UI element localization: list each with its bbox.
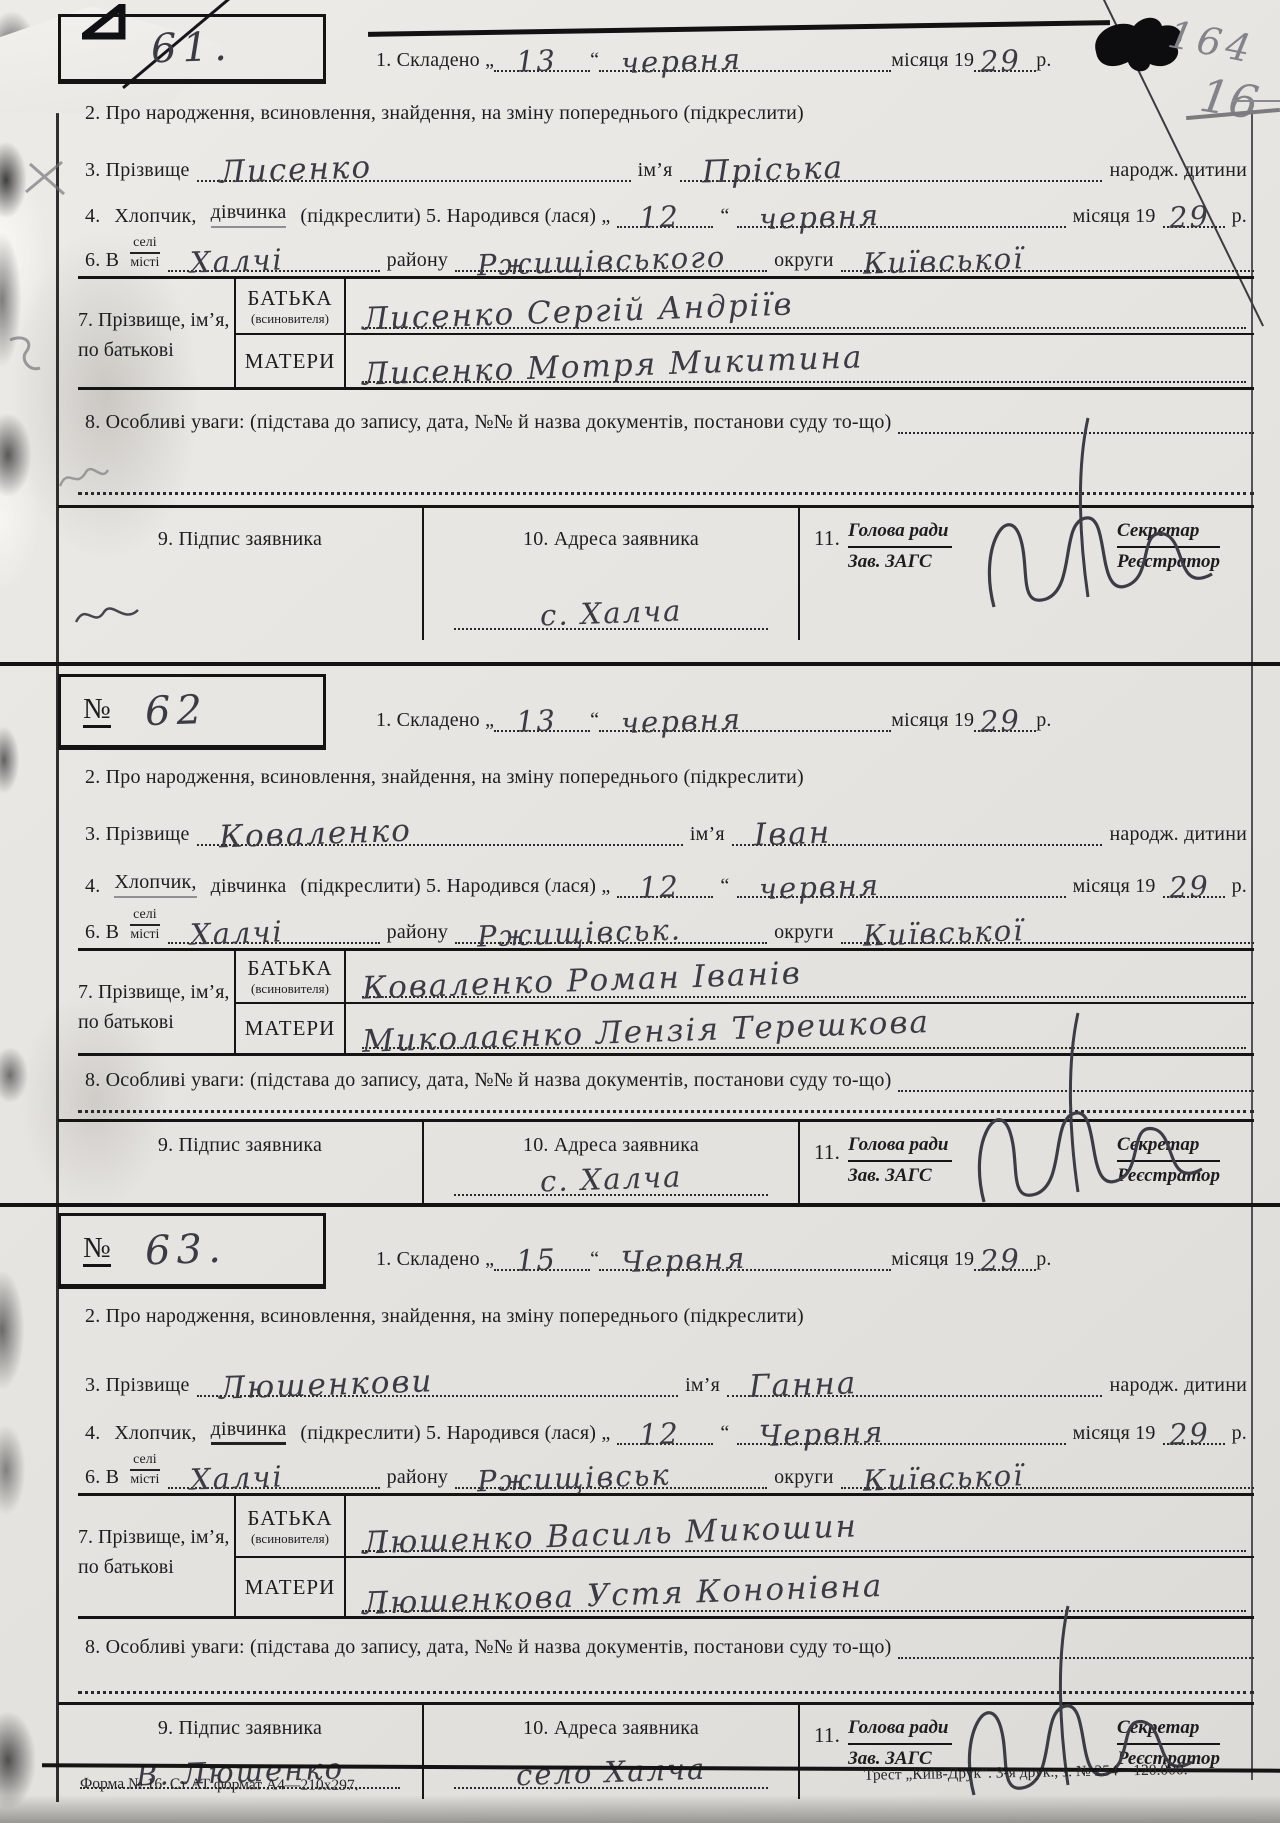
remarks-row: 8. Особливі уваги: (підстава до запису, … [78, 1619, 1254, 1663]
n4-label: 4. [85, 205, 100, 228]
birth-record: № 62 1. Складено „ 13 “ червня місяця 19… [0, 674, 1280, 1207]
mother-cell-label: МАТЕРИ [234, 335, 346, 387]
remarks-blank-line [78, 1096, 1254, 1113]
signature-block: 9. Підпис заявника 10. Адреса заявника с… [58, 1119, 1254, 1206]
record-number-box: 61. [58, 14, 326, 84]
scan-bottom-shadow [0, 1795, 1280, 1823]
birth-record: № 63. 1. Складено „ 15 “ Червня місяця 1… [0, 1213, 1280, 1808]
applicant-signature-cell: 9. Підпис заявника [58, 508, 422, 640]
rayon-label: району [387, 249, 448, 272]
remarks-label: 8. Особливі уваги: (підстава до запису, … [85, 1636, 891, 1659]
composed-line: 1. Складено „ 13 “ червня місяця 19 29 р… [376, 44, 1254, 72]
surname-value: Люшенкови [218, 1363, 434, 1406]
year-r-label: р. [1232, 1422, 1247, 1445]
surname-name-row: 3. Прізвище Коваленко ім’я Іван народж. … [78, 794, 1254, 850]
record-header: № 62 1. Складено „ 13 “ червня місяця 19… [58, 674, 1254, 758]
village-value: Халчі [189, 242, 284, 279]
given-name-value: Іван [753, 815, 831, 854]
father-cell-label: БАТЬКА(всиновителя) [234, 1496, 346, 1558]
birth-year: 29 [1168, 199, 1210, 234]
composed-line: 1. Складено „ 15 “ Червня місяця 19 29 р… [376, 1243, 1254, 1271]
village-town-fraction: селімісті [130, 235, 159, 270]
rayon-label: району [387, 1466, 448, 1489]
head-of-council-label: Голова радиЗав. ЗАГС [848, 1717, 952, 1771]
father-name-cell: Лисенко Сергій Андріїв [346, 279, 1254, 335]
no-sign: № [83, 694, 111, 727]
parents-label: 7. Прізвище, ім’я,по батькові [78, 279, 234, 387]
applicant-address-cell: 10. Адреса заявника с. Халча [422, 508, 798, 640]
father-cell-label: БАТЬКА(всиновителя) [234, 951, 346, 1004]
month-19-label: місяця 19 [891, 49, 974, 72]
record-header: 61. 1. Складено „ 13 “ червня місяця 19 … [58, 14, 1254, 94]
applicant-address-value: с. Халча [539, 1160, 683, 1199]
surname-name-row: 3. Прізвище Лисенко ім’я Пріська народж.… [78, 132, 1254, 186]
parents-table: 7. Прізвище, ім’я,по батькові БАТЬКА(вси… [78, 276, 1254, 390]
year-r-label: р. [1232, 875, 1247, 898]
birth-record: 61. 1. Складено „ 13 “ червня місяця 19 … [0, 14, 1280, 666]
father-name-cell: Коваленко Роман Іванів [346, 951, 1254, 1004]
born-label: (підкреслити) 5. Народився (лася) „ [300, 1422, 610, 1445]
okruga-label: округи [774, 1466, 834, 1489]
composed-day: 13 [516, 43, 558, 78]
girl-label-underlined: дівчинка [211, 1418, 287, 1445]
region-value: Київської [862, 913, 1024, 953]
girl-label: дівчинка [211, 875, 287, 898]
remarks-blank-line [78, 438, 1254, 495]
record-type-line: 2. Про народження, всиновлення, знайденн… [85, 766, 804, 789]
remarks-blank-line [78, 1663, 1254, 1694]
applicant-signature-cell: 9. Підпис заявника [58, 1122, 422, 1206]
child-label: народж. дитини [1109, 1374, 1247, 1397]
name-label: ім’я [638, 159, 673, 182]
composed-label: 1. Складено „ [376, 709, 494, 732]
quote-close: “ [720, 875, 729, 898]
girl-label-underlined: дівчинка [211, 201, 287, 228]
year-r-label: р. [1036, 709, 1051, 732]
head-of-council-label: Голова радиЗав. ЗАГС [848, 520, 952, 574]
v-label: 6. В [85, 921, 119, 944]
birth-year: 29 [1168, 1416, 1210, 1451]
composed-month: червня [621, 702, 743, 740]
sex-birthdate-row: 4. Хлопчик, дівчинка (підкреслити) 5. На… [78, 1401, 1254, 1449]
surname-value: Коваленко [218, 813, 412, 856]
remarks-row: 8. Особливі уваги: (підстава до запису, … [78, 390, 1254, 438]
remarks-row: 8. Особливі уваги: (підстава до запису, … [78, 1056, 1254, 1096]
secretary-label: СекретарРеєстратор [1117, 1134, 1220, 1188]
birth-year: 29 [1168, 869, 1210, 904]
mother-name-cell: Люшенкова Устя Кононівна [346, 1558, 1254, 1616]
composed-label: 1. Складено „ [376, 49, 494, 72]
quote-close: “ [720, 1422, 729, 1445]
mother-name-cell: Лисенко Мотря Микитина [346, 335, 1254, 387]
applicant-address-cell: 10. Адреса заявника с. Халча [422, 1122, 798, 1206]
composed-day: 15 [516, 1242, 558, 1277]
month-19-label: місяця 19 [1073, 1422, 1156, 1445]
parents-table: 7. Прізвище, ім’я,по батькові БАТЬКА(вси… [78, 948, 1254, 1056]
boy-label: Хлопчик, [114, 1422, 196, 1445]
v-label: 6. В [85, 249, 119, 272]
applicant-address-value: с. Халча [539, 594, 683, 633]
child-label: народж. дитини [1109, 823, 1247, 846]
record-number-value: 61. [150, 24, 233, 73]
father-name-cell: Люшенко Василь Микошин [346, 1496, 1254, 1558]
birth-day: 12 [639, 1416, 681, 1451]
year-r-label: р. [1036, 1248, 1051, 1271]
applicant-address-cell: 10. Адреса заявника село Халча [422, 1705, 798, 1799]
month-19-label: місяця 19 [891, 1248, 974, 1271]
birth-day: 12 [639, 199, 681, 234]
month-19-label: місяця 19 [891, 709, 974, 732]
father-name-value: Коваленко Роман Іванів [362, 955, 803, 1006]
mother-name-value: Лисенко Мотря Микитина [362, 339, 864, 392]
surname-name-row: 3. Прізвище Люшенкови ім’я Ганна народж.… [78, 1349, 1254, 1401]
place-row: 6. В селімісті Халчі району Ржищівськ. о… [78, 902, 1254, 948]
parents-table: 7. Прізвище, ім’я,по батькові БАТЬКА(вси… [78, 1493, 1254, 1619]
sex-birthdate-row: 4. Хлопчик, дівчинка (підкреслити) 5. На… [78, 186, 1254, 232]
n4-label: 4. [85, 875, 100, 898]
officials-cell: 11. Голова радиЗав. ЗАГС СекретарРеєстра… [798, 1122, 1254, 1206]
village-town-fraction: селімісті [130, 907, 159, 942]
surname-label: 3. Прізвище [85, 823, 190, 846]
remarks-label: 8. Особливі уваги: (підстава до запису, … [85, 411, 891, 434]
name-label: ім’я [685, 1374, 720, 1397]
born-label: (підкреслити) 5. Народився (лася) „ [300, 205, 610, 228]
officials-cell: 11. Голова радиЗав. ЗАГС СекретарРеєстра… [798, 508, 1254, 640]
year-r-label: р. [1036, 49, 1051, 72]
birth-month: Червня [758, 1415, 884, 1453]
mother-name-value: Люшенкова Устя Кононівна [362, 1568, 884, 1622]
composed-month: червня [621, 42, 743, 80]
parents-label: 7. Прізвище, ім’я,по батькові [78, 1496, 234, 1616]
okruga-label: округи [774, 249, 834, 272]
surname-label: 3. Прізвище [85, 1374, 190, 1397]
n11-label: 11. [814, 1140, 840, 1165]
officials-cell: 11. Голова радиЗав. ЗАГС СекретарРеєстра… [798, 1705, 1254, 1799]
record-number-value: 62 [144, 687, 208, 735]
record-type-line: 2. Про народження, всиновлення, знайденн… [85, 1305, 804, 1328]
boy-label-underlined: Хлопчик, [114, 871, 196, 898]
village-town-fraction: селімісті [130, 1452, 159, 1487]
given-name-value: Ганна [748, 1365, 858, 1405]
sex-birthdate-row: 4. Хлопчик, дівчинка (підкреслити) 5. На… [78, 850, 1254, 902]
no-sign: № [83, 1233, 111, 1266]
record-header: № 63. 1. Складено „ 15 “ Червня місяця 1… [58, 1213, 1254, 1297]
born-label: (підкреслити) 5. Народився (лася) „ [300, 875, 610, 898]
quote-close: “ [590, 709, 599, 732]
mother-cell-label: МАТЕРИ [234, 1558, 346, 1616]
surname-label: 3. Прізвище [85, 159, 190, 182]
n11-label: 11. [814, 1723, 840, 1748]
applicant-signature-scrawl [72, 598, 142, 632]
year-r-label: р. [1232, 205, 1247, 228]
place-row: 6. В селімісті Халчі району Ржищівськ ок… [78, 1449, 1254, 1493]
record-number-value: 63. [144, 1226, 227, 1275]
okruga-label: округи [774, 921, 834, 944]
district-value: Ржищівськ [477, 1458, 672, 1499]
record-type-line: 2. Про народження, всиновлення, знайденн… [85, 102, 804, 125]
composed-year: 29 [980, 43, 1022, 78]
signature-block: 9. Підпис заявника 10. Адреса заявника с… [58, 505, 1254, 640]
quote-close: “ [590, 49, 599, 72]
remarks-label: 8. Особливі уваги: (підстава до запису, … [85, 1069, 891, 1092]
record-number-box: № 63. [58, 1213, 326, 1289]
secretary-label: СекретарРеєстратор [1117, 520, 1220, 574]
composed-line: 1. Складено „ 13 “ червня місяця 19 29 р… [376, 704, 1254, 732]
district-value: Ржищівськ. [477, 912, 683, 953]
rayon-label: району [387, 921, 448, 944]
birth-day: 12 [639, 869, 681, 904]
surname-value: Лисенко [218, 149, 372, 190]
quote-close: “ [720, 205, 729, 228]
composed-month: Червня [621, 1241, 747, 1279]
mother-cell-label: МАТЕРИ [234, 1004, 346, 1053]
place-row: 6. В селімісті Халчі району Ржищівського… [78, 232, 1254, 276]
head-of-council-label: Голова радиЗав. ЗАГС [848, 1134, 952, 1188]
record-number-box: № 62 [58, 674, 326, 750]
composed-year: 29 [980, 703, 1022, 738]
father-cell-label: БАТЬКА(всиновителя) [234, 279, 346, 335]
birth-month: червня [758, 868, 880, 906]
village-value: Халчі [189, 1459, 284, 1496]
composed-day: 13 [516, 703, 558, 738]
registry-page: 164 16 61. 1. Складено „ 13 “ червня міс… [0, 0, 1280, 1823]
birth-month: червня [758, 198, 880, 236]
given-name-value: Пріська [701, 150, 844, 191]
n11-label: 11. [814, 526, 840, 551]
father-name-value: Люшенко Василь Микошин [362, 1508, 859, 1561]
v-label: 6. В [85, 1466, 119, 1489]
boy-label: Хлопчик, [114, 205, 196, 228]
region-value: Київської [862, 1458, 1024, 1498]
village-value: Халчі [189, 914, 284, 951]
composed-year: 29 [980, 1242, 1022, 1277]
form-number-footer: Форма № 16. Ст АТ формат А4—210х297. [80, 1775, 359, 1795]
region-value: Київської [862, 241, 1024, 281]
name-label: ім’я [690, 823, 725, 846]
month-19-label: місяця 19 [1073, 205, 1156, 228]
applicant-address-value: село Халча [515, 1752, 706, 1793]
child-label: народж. дитини [1109, 159, 1247, 182]
parents-label: 7. Прізвище, ім’я,по батькові [78, 951, 234, 1053]
month-19-label: місяця 19 [1073, 875, 1156, 898]
n4-label: 4. [85, 1422, 100, 1445]
composed-label: 1. Складено „ [376, 1248, 494, 1271]
mother-name-cell: Миколаєнко Лензія Терешкова [346, 1004, 1254, 1053]
mother-name-value: Миколаєнко Лензія Терешкова [362, 1004, 931, 1060]
father-name-value: Лисенко Сергій Андріїв [362, 286, 795, 337]
quote-close: “ [590, 1248, 599, 1271]
